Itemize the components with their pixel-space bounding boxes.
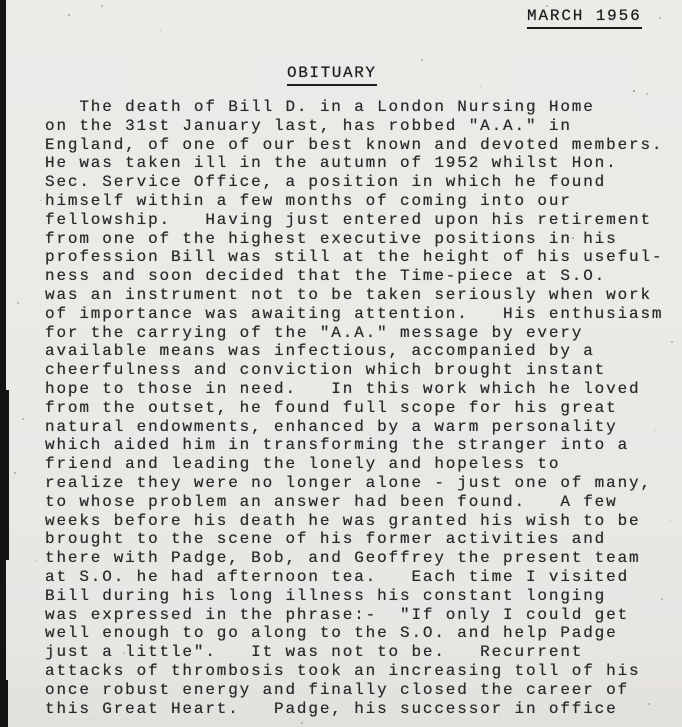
text-line-30: just a little". It was not to be. Recurr… (45, 643, 663, 662)
text-line-12: of importance was awaiting attention. Hi… (45, 305, 663, 324)
text-line-15: cheerfulness and conviction which brough… (45, 361, 663, 380)
text-line-8: from one of the highest executive positi… (45, 230, 663, 249)
text-line-29: well enough to go along to the S.O. and … (45, 624, 663, 643)
text-line-23: weeks before his death he was granted hi… (45, 512, 663, 531)
obituary-heading: OBITUARY (287, 64, 377, 86)
scanned-document-page: MARCH 1956 OBITUARY The death of Bill D.… (0, 0, 682, 727)
text-line-14: available means was infectious, accompan… (45, 342, 663, 361)
text-line-3: England, of one of our best known and de… (45, 136, 663, 155)
obituary-body-text: The death of Bill D. in a London Nursing… (45, 98, 663, 718)
text-line-5: Sec. Service Office, a position in which… (45, 173, 663, 192)
scan-noise-speckles-fine (0, 0, 1, 1)
text-line-18: natural endowments, enhanced by a warm p… (45, 418, 663, 437)
text-line-1: The death of Bill D. in a London Nursing… (45, 98, 663, 117)
text-line-9: profession Bill was still at the height … (45, 248, 663, 267)
text-line-11: was an instrument not to be taken seriou… (45, 286, 663, 305)
text-line-31: attacks of thrombosis took an increasing… (45, 662, 663, 681)
text-line-13: for the carrying of the "A.A." message b… (45, 324, 663, 343)
text-line-4: He was taken ill in the autumn of 1952 w… (45, 154, 663, 173)
text-line-16: hope to those in need. In this work whic… (45, 380, 663, 399)
scan-edge-strip (0, 0, 6, 727)
text-line-2: on the 31st January last, has robbed "A.… (45, 117, 663, 136)
text-line-17: from the outset, he found full scope for… (45, 399, 663, 418)
text-line-6: himself within a few months of coming in… (45, 192, 663, 211)
page-header-date: MARCH 1956 (527, 7, 642, 29)
text-line-19: which aided him in transforming the stra… (45, 436, 663, 455)
text-line-7: fellowship. Having just entered upon his… (45, 211, 663, 230)
text-line-26: at S.O. he had afternoon tea. Each time … (45, 568, 663, 587)
text-line-21: realize they were no longer alone - just… (45, 474, 663, 493)
text-line-22: to whose problem an answer had been foun… (45, 493, 663, 512)
text-line-33: this Great Heart. Padge, his successor i… (45, 700, 663, 719)
text-line-20: friend and leading the lonely and hopele… (45, 455, 663, 474)
text-line-24: brought to the scene of his former activ… (45, 530, 663, 549)
text-line-28: was expressed in the phrase:- "If only I… (45, 606, 663, 625)
text-line-27: Bill during his long illness his constan… (45, 587, 663, 606)
text-line-10: ness and soon decided that the Time-piec… (45, 267, 663, 286)
text-line-25: there with Padge, Bob, and Geoffrey the … (45, 549, 663, 568)
text-line-32: once robust energy and finally closed th… (45, 681, 663, 700)
